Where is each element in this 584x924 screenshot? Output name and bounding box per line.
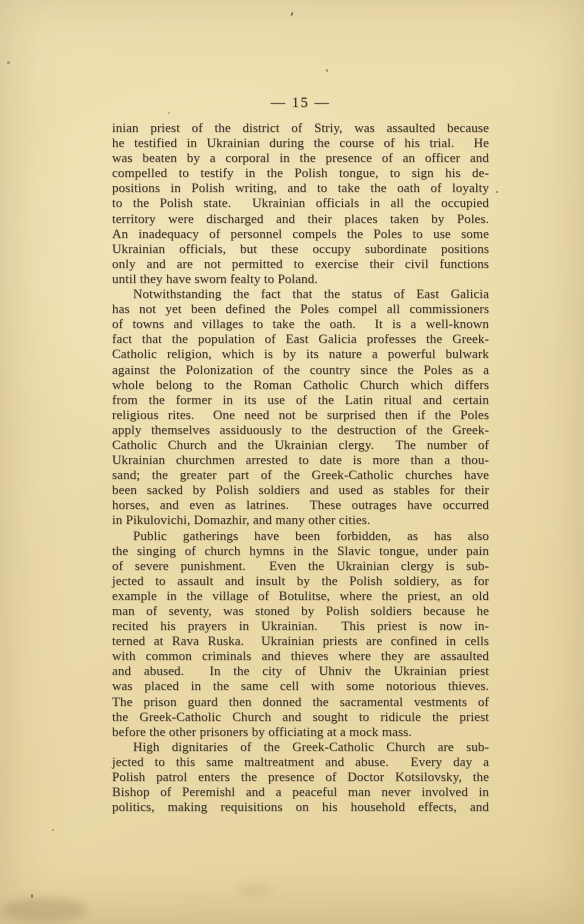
text-line: religious rites. One need not be surpris… bbox=[112, 407, 489, 422]
text-line: terned at Rava Ruska. Ukrainian priests … bbox=[112, 633, 489, 648]
text-line: and abused. In the city of Uhniv the Ukr… bbox=[112, 663, 489, 678]
scan-speck bbox=[31, 894, 33, 898]
text-line: Bishop of Peremishl and a peaceful man n… bbox=[112, 784, 489, 799]
text-line: only and are not permitted to exercise t… bbox=[112, 256, 489, 271]
page-number: — 15 — bbox=[112, 96, 489, 111]
text-line: before the other prisoners by officiatin… bbox=[112, 724, 489, 739]
scan-smudge bbox=[2, 898, 87, 922]
text-line: An inadequacy of personnel compels the P… bbox=[112, 226, 489, 241]
text-line: fact that the population of East Galicia… bbox=[112, 331, 489, 346]
text-line: sand; the greater part of the Greek-Cath… bbox=[112, 467, 489, 482]
text-line: man of seventy, was stoned by Polish sol… bbox=[112, 603, 489, 618]
text-line: Public gatherings have been forbidden, a… bbox=[112, 528, 489, 543]
scan-speck bbox=[326, 69, 329, 73]
text-line: apply themselves assiduously to the dest… bbox=[112, 422, 489, 437]
text-line: Ukrainian officials, but these occupy su… bbox=[112, 241, 489, 256]
text-line: he testified in Ukrainian during the cou… bbox=[112, 135, 489, 150]
body-text: inian priest of the district of Striy, w… bbox=[112, 120, 489, 814]
text-line: recited his prayers in Ukrainian. This p… bbox=[112, 618, 489, 633]
scan-speck bbox=[52, 829, 54, 831]
text-line: High dignitaries of the Greek-Catholic C… bbox=[112, 739, 489, 754]
text-line: inian priest of the district of Striy, w… bbox=[112, 120, 489, 135]
text-line: the singing of church hymns in the Slavi… bbox=[112, 543, 489, 558]
paragraph: inian priest of the district of Striy, w… bbox=[112, 120, 489, 286]
text-line: Catholic religion, which is by its natur… bbox=[112, 346, 489, 361]
text-line: with common criminals and thieves where … bbox=[112, 648, 489, 663]
text-line: horses, and even as latrines. These outr… bbox=[112, 497, 489, 512]
text-line: Notwithstanding the fact that the status… bbox=[112, 286, 489, 301]
text-line: has not yet been defined the Poles compe… bbox=[112, 301, 489, 316]
text-line: jected to assault and insult by the Poli… bbox=[112, 573, 489, 588]
text-line: in Pikulovichi, Domazhir, and many other… bbox=[112, 512, 489, 527]
text-line: of towns and villages to take the oath. … bbox=[112, 316, 489, 331]
scan-speck bbox=[7, 61, 10, 64]
scan-speck bbox=[168, 112, 170, 114]
text-line: Polish patrol enters the presence of Doc… bbox=[112, 769, 489, 784]
text-line: positions in Polish writing, and to take… bbox=[112, 180, 489, 195]
text-line: to the Polish state. Ukrainian officials… bbox=[112, 195, 489, 210]
scan-speck bbox=[290, 12, 293, 16]
paragraph: Public gatherings have been forbidden, a… bbox=[112, 528, 489, 739]
text-line: the Greek-Catholic Church and sought to … bbox=[112, 709, 489, 724]
text-line: whole belong to the Roman Catholic Churc… bbox=[112, 377, 489, 392]
text-line: from the former in its use of the Latin … bbox=[112, 392, 489, 407]
text-line: territory were discharged and their plac… bbox=[112, 211, 489, 226]
text-line: Catholic Church and the Ukrainian clergy… bbox=[112, 437, 489, 452]
text-line: example in the village of Botulitse, whe… bbox=[112, 588, 489, 603]
text-line: The prison guard then donned the sacrame… bbox=[112, 694, 489, 709]
scan-smudge bbox=[238, 884, 272, 896]
paragraph: High dignitaries of the Greek-Catholic C… bbox=[112, 739, 489, 814]
text-line: compelled to testify in the Polish tongu… bbox=[112, 165, 489, 180]
scanned-page: — 15 — inian priest of the district of S… bbox=[0, 0, 584, 924]
text-line: jected to this same maltreatment and abu… bbox=[112, 754, 489, 769]
text-line: politics, making requisitions on his hou… bbox=[112, 799, 489, 814]
text-line: Ukrainian churchmen arrested to date is … bbox=[112, 452, 489, 467]
paragraph: Notwithstanding the fact that the status… bbox=[112, 286, 489, 528]
scan-speck bbox=[496, 191, 498, 193]
text-line: was beaten by a corporal in the presence… bbox=[112, 150, 489, 165]
text-line: of severe punishment. Even the Ukrainian… bbox=[112, 558, 489, 573]
text-line: was placed in the same cell with some no… bbox=[112, 678, 489, 693]
text-line: been sacked by Polish soldiers and used … bbox=[112, 482, 489, 497]
text-line: until they have sworn fealty to Poland. bbox=[112, 271, 489, 286]
text-line: against the Polonization of the country … bbox=[112, 362, 489, 377]
